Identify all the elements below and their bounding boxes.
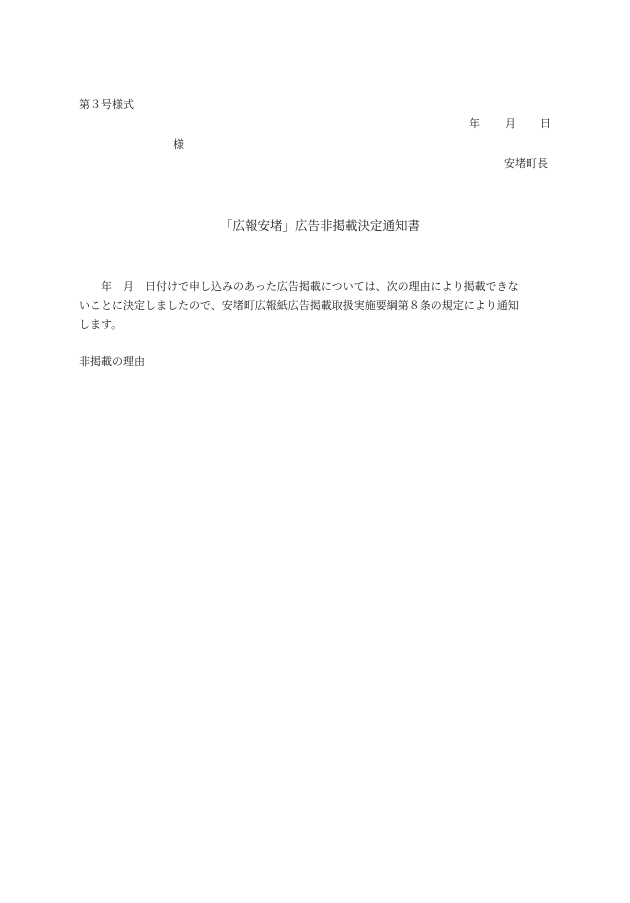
body-line: します。 <box>79 315 554 334</box>
body-paragraph: 年 月 日付けで申し込みのあった広告掲載については、次の理由により掲載できな い… <box>79 277 554 334</box>
reason-label: 非掲載の理由 <box>79 355 145 368</box>
body-line: いことに決定しましたので、安堵町広報紙広告掲載取扱実施要綱第８条の規定により通知 <box>79 296 554 315</box>
date-year-label: 年 <box>469 117 480 130</box>
date-month-label: 月 <box>505 117 516 130</box>
addressee-suffix: 様 <box>173 138 184 151</box>
document-title: 「広報安堵」広告非掲載決定通知書 <box>0 218 630 233</box>
body-line: 年 月 日付けで申し込みのあった広告掲載については、次の理由により掲載できな <box>79 277 554 296</box>
document-title-text: 「広報安堵」広告非掲載決定通知書 <box>220 218 420 233</box>
date-day-label: 日 <box>540 117 551 130</box>
form-number: 第３号様式 <box>79 98 134 111</box>
document-page: 第３号様式 年 月 日 様 安堵町長 「広報安堵」広告非掲載決定通知書 年 月 … <box>0 0 630 903</box>
issuer-name: 安堵町長 <box>504 157 548 170</box>
